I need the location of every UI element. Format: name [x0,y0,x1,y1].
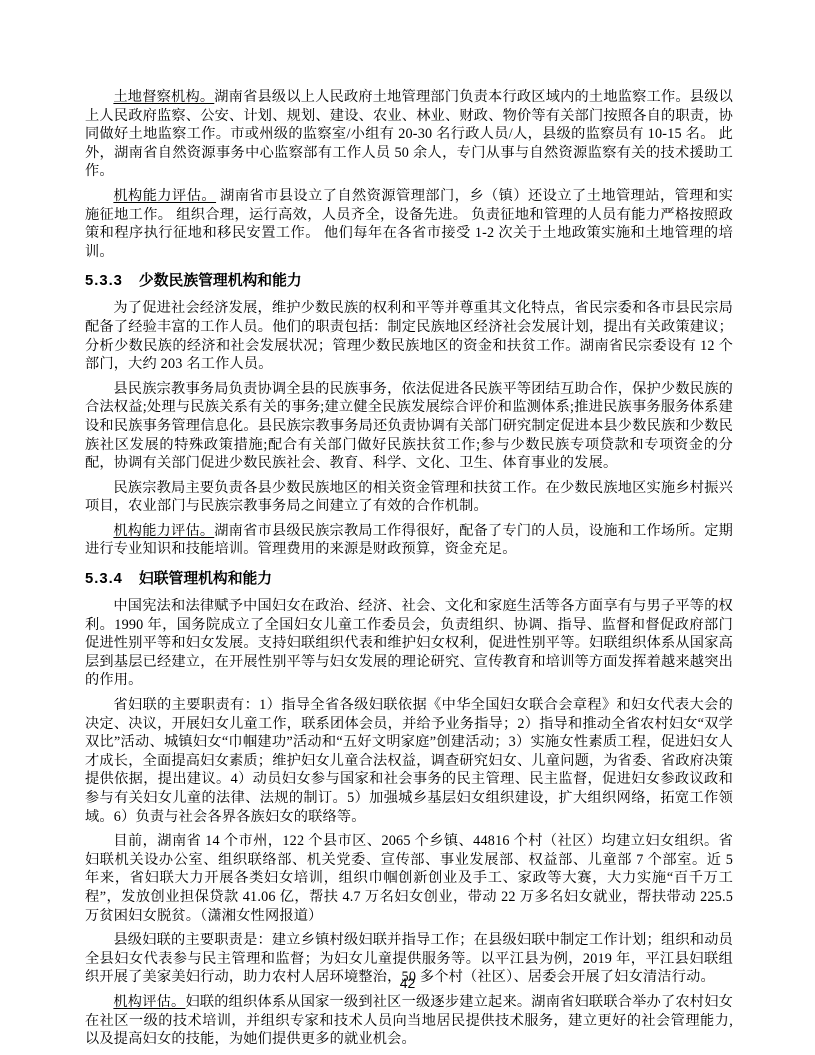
paragraph-federation-statistics: 目前，湖南省 14 个市州，122 个县市区、2065 个乡镇、44816 个村… [85,832,733,925]
paragraph-women-constitution: 中国宪法和法律赋予中国妇女在政治、经济、社会、文化和家庭生活等各方面享有与男子平… [85,597,733,690]
paragraph-county-ethnic-bureau: 县民族宗教事务局负责协调全县的民族事务，依法促进各民族平等团结互助合作，保护少数… [85,380,733,473]
section-number: 5.3.4 [85,569,123,589]
paragraph-text: 县民族宗教事务局负责协调全县的民族事务，依法促进各民族平等团结互助合作，保护少数… [85,381,733,471]
paragraph-lead-capacity-assessment: 机构能力评估。 [113,523,214,539]
paragraph-ethnic-religious-funds: 民族宗教局主要负责各县少数民族地区的相关资金管理和扶贫工作。在少数民族地区实施乡… [85,479,733,516]
section-title: 妇联管理机构和能力 [139,571,272,587]
paragraph-assessment-federation: 机构评估。妇联的组织体系从国家一级到社区一级逐步建立起来。湖南省妇联联合举办了农… [85,993,733,1049]
paragraph-lead-capacity-assessment: 机构能力评估。 [113,188,216,204]
document-page: 土地督察机构。湖南省县级以上人民政府土地管理部门负责本行政区域内的土地监察工作。… [0,0,815,1055]
paragraph-ethnic-minority-intro: 为了促进社会经济发展，维护少数民族的权利和平等并尊重其文化特点，省民宗委和各市县… [85,299,733,373]
document-body: 土地督察机构。湖南省县级以上人民政府土地管理部门负责本行政区域内的土地监察工作。… [85,88,733,1055]
paragraph-text: 省妇联的主要职责有：1）指导全省各级妇联依据《中华全国妇女联合会章程》和妇女代表… [85,697,733,825]
section-heading-5-3-3: 5.3.3少数民族管理机构和能力 [85,271,733,291]
section-number: 5.3.3 [85,271,123,291]
paragraph-land-supervision: 土地督察机构。湖南省县级以上人民政府土地管理部门负责本行政区域内的土地监察工作。… [85,88,733,181]
paragraph-text: 目前，湖南省 14 个市州，122 个县市区、2065 个乡镇、44816 个村… [85,833,733,923]
paragraph-text: 中国宪法和法律赋予中国妇女在政治、经济、社会、文化和家庭生活等各方面享有与男子平… [85,598,733,688]
paragraph-text: 为了促进社会经济发展，维护少数民族的权利和平等并尊重其文化特点，省民宗委和各市县… [85,300,733,372]
paragraph-capacity-assessment-land: 机构能力评估。 湖南省市县设立了自然资源管理部门，乡（镇）还设立了土地管理站，管… [85,187,733,261]
paragraph-capacity-assessment-ethnic: 机构能力评估。湖南省市县级民族宗教局工作得很好，配备了专门的人员，设施和工作场所… [85,522,733,559]
paragraph-text: 民族宗教局主要负责各县少数民族地区的相关资金管理和扶贫工作。在少数民族地区实施乡… [85,480,733,515]
paragraph-lead-land-supervision: 土地督察机构。 [113,89,214,105]
section-heading-5-3-4: 5.3.4妇联管理机构和能力 [85,569,733,589]
section-title: 少数民族管理机构和能力 [139,273,302,289]
page-footer: 42 [0,975,815,993]
paragraph-provincial-federation-duties: 省妇联的主要职责有：1）指导全省各级妇联依据《中华全国妇女联合会章程》和妇女代表… [85,696,733,826]
paragraph-lead-assessment: 机构评估。 [113,994,185,1010]
page-number: 42 [400,975,416,991]
